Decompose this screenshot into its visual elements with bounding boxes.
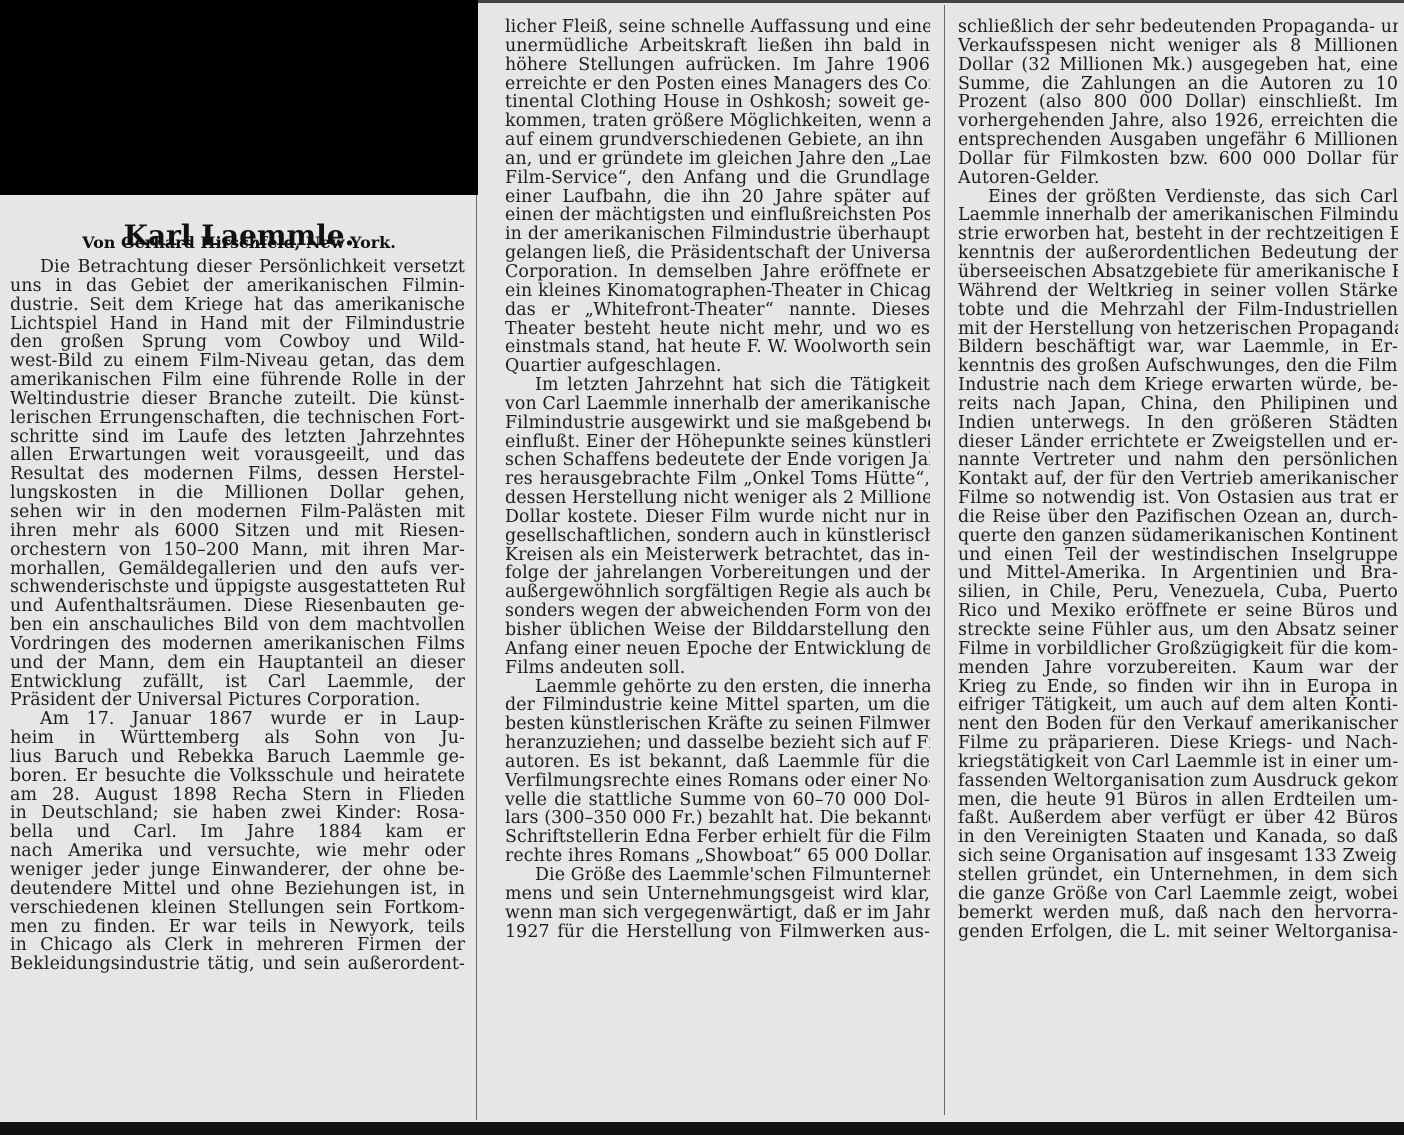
text-line: Verfilmungsrechte eines Romans oder eine… (505, 772, 930, 791)
text-line: eifriger Tätigkeit, um auch auf dem alte… (958, 696, 1398, 715)
text-line: allen Erwartungen weit vorausgeeilt, und… (10, 446, 465, 465)
column-left: Die Betrachtung dieser Persönlichkeit ve… (10, 258, 465, 974)
text-line: in der amerikanischen Filmindustrie über… (505, 225, 930, 244)
text-line: kenntnis der außerordentlichen Bedeutung… (958, 244, 1398, 263)
text-line: bella und Carl. Im Jahre 1884 kam er (10, 823, 465, 842)
text-line: mens und sein Unternehmungsgeist wird kl… (505, 885, 930, 904)
text-line: Die Betrachtung dieser Persönlichkeit ve… (10, 258, 465, 277)
text-line: ein kleines Kinomatographen-Theater in C… (505, 282, 930, 301)
text-line: Autoren-Gelder. (958, 169, 1398, 188)
text-line: und Aufenthaltsräumen. Diese Riesenbaute… (10, 597, 465, 616)
text-line: außergewöhnlich sorgfältigen Regie als a… (505, 583, 930, 602)
text-line: genden Erfolgen, die L. mit seiner Welto… (958, 923, 1398, 942)
text-line: sehen wir in den modernen Film-Palästen … (10, 503, 465, 522)
text-line: in den Vereinigten Staaten und Kanada, s… (958, 828, 1398, 847)
column-divider (944, 5, 945, 1115)
text-line: das er „Whitefront-Theater“ nannte. Dies… (505, 301, 930, 320)
text-line: Filmindustrie ausgewirkt und sie maßgebe… (505, 414, 930, 433)
text-line: Krieg zu Ende, so finden wir ihn in Euro… (958, 678, 1398, 697)
text-line: Schriftstellerin Edna Ferber erhielt für… (505, 828, 930, 847)
text-line: Kontakt auf, der für den Vertrieb amerik… (958, 470, 1398, 489)
text-line: sonders wegen der abweichenden Form von … (505, 602, 930, 621)
text-line: die ganze Größe von Carl Laemmle zeigt, … (958, 885, 1398, 904)
text-line: Dollar (32 Millionen Mk.) ausgegeben hat… (958, 56, 1398, 75)
text-line: gelangen ließ, die Präsidentschaft der U… (505, 244, 930, 263)
text-line: unermüdliche Arbeitskraft ließen ihn bal… (505, 37, 930, 56)
bottom-rule (0, 1122, 1404, 1135)
text-line: tobte und die Mehrzahl der Film-Industri… (958, 301, 1398, 320)
text-line: Bildern beschäftigt war, war Laemmle, in… (958, 338, 1398, 357)
text-line: Weltindustrie dieser Branche zuteilt. Di… (10, 390, 465, 409)
text-line: deutendere Mittel und ohne Beziehungen i… (10, 880, 465, 899)
text-line: Indien unterwegs. In den größeren Städte… (958, 414, 1398, 433)
text-line: Verkaufsspesen nicht weniger als 8 Milli… (958, 37, 1398, 56)
text-line: einflußt. Einer der Höhepunkte seines kü… (505, 433, 930, 452)
text-line: boren. Er besuchte die Volksschule und h… (10, 767, 465, 786)
text-line: besten künstlerischen Kräfte zu seinen F… (505, 715, 930, 734)
text-line: nach Amerika und versuchte, wie mehr ode… (10, 842, 465, 861)
text-line: schritte sind im Laufe des letzten Jahrz… (10, 428, 465, 447)
text-line: Theater besteht heute nicht mehr, und wo… (505, 320, 930, 339)
text-line: Während der Weltkrieg in seiner vollen S… (958, 282, 1398, 301)
text-line: schwenderischste und üppigste ausgestatt… (10, 578, 465, 597)
text-line: res herausgebrachte Film „Onkel Toms Hüt… (505, 470, 930, 489)
text-line: einen der mächtigsten und einflußreichst… (505, 206, 930, 225)
text-line: Präsident der Universal Pictures Corpora… (10, 691, 465, 710)
text-line: fassenden Weltorganisation zum Ausdruck … (958, 772, 1398, 791)
text-line: an, und er gründete im gleichen Jahre de… (505, 150, 930, 169)
text-line: dustrie. Seit dem Kriege hat das amerika… (10, 296, 465, 315)
text-line: men zu finden. Er war teils in Newyork, … (10, 918, 465, 937)
text-line: gesellschaftlichen, sondern auch in küns… (505, 527, 930, 546)
text-line: lars (300–350 000 Fr.) bezahlt hat. Die … (505, 809, 930, 828)
text-line: Industrie nach dem Kriege erwarten würde… (958, 376, 1398, 395)
text-line: Entwicklung zufällt, ist Carl Laemmle, d… (10, 673, 465, 692)
text-line: den großen Sprung vom Cowboy und Wild- (10, 333, 465, 352)
article-byline: Von Gerhard Hirschfeld, New York. (0, 232, 478, 254)
column-divider (476, 195, 477, 1120)
text-line: Rico und Mexiko eröffnete er seine Büros… (958, 602, 1398, 621)
text-line: weniger jeder junge Einwanderer, der ohn… (10, 861, 465, 880)
text-line: 1927 für die Herstellung von Filmwerken … (505, 923, 930, 942)
text-line: Kreisen als ein Meisterwerk betrachtet, … (505, 546, 930, 565)
text-line: Bekleidungsindustrie tätig, und sein auß… (10, 955, 465, 974)
text-line: Quartier aufgeschlagen. (505, 357, 930, 376)
text-line: nent den Boden für den Verkauf amerikani… (958, 715, 1398, 734)
text-line: lungskosten in die Millionen Dollar gehe… (10, 484, 465, 503)
text-line: bemerkt werden muß, daß nach den hervorr… (958, 904, 1398, 923)
text-line: Film-Service“, den Anfang und die Grundl… (505, 169, 930, 188)
text-line: Summe, die Zahlungen an die Autoren zu 1… (958, 75, 1398, 94)
text-line: der Filmindustrie keine Mittel sparten, … (505, 696, 930, 715)
text-line: amerikanischen Film eine führende Rolle … (10, 371, 465, 390)
text-line: faßt. Außerdem aber verfügt er über 42 B… (958, 809, 1398, 828)
scan-black-border (0, 0, 478, 195)
text-line: Films andeuten soll. (505, 659, 930, 678)
text-line: velle die stattliche Summe von 60–70 000… (505, 791, 930, 810)
text-line: wenn man sich vergegenwärtigt, daß er im… (505, 904, 930, 923)
text-line: heim in Württemberg als Sohn von Ju- (10, 729, 465, 748)
text-line: und der Mann, dem ein Hauptanteil an die… (10, 654, 465, 673)
text-line: autoren. Es ist bekannt, daß Laemmle für… (505, 753, 930, 772)
text-line: morhallen, Gemäldegallerien und den aufs… (10, 560, 465, 579)
text-line: strie erworben hat, besteht in der recht… (958, 225, 1398, 244)
text-line: Eines der größten Verdienste, das sich C… (958, 188, 1398, 207)
text-line: rechte ihres Romans „Showboat“ 65 000 Do… (505, 847, 930, 866)
text-line: Dollar kostete. Dieser Film wurde nicht … (505, 508, 930, 527)
text-line: lerischen Errungenschaften, die technisc… (10, 409, 465, 428)
text-line: men, die heute 91 Büros in allen Erdteil… (958, 791, 1398, 810)
top-rule (478, 0, 1404, 3)
text-line: überseeischen Absatzgebiete für amerikan… (958, 263, 1398, 282)
text-line: Filme zu präparieren. Diese Kriegs- und … (958, 734, 1398, 753)
text-line: stellen gründet, ein Unternehmen, in dem… (958, 866, 1398, 885)
text-line: Im letzten Jahrzehnt hat sich die Tätigk… (505, 376, 930, 395)
text-line: und Mittel-Amerika. In Argentinien und B… (958, 564, 1398, 583)
text-line: sich seine Organisation auf insgesamt 13… (958, 847, 1398, 866)
text-line: erreichte er den Posten eines Managers d… (505, 75, 930, 94)
text-line: querte den ganzen südamerikanischen Kont… (958, 527, 1398, 546)
text-line: lius Baruch und Rebekka Baruch Laemmle g… (10, 748, 465, 767)
text-line: in Deutschland; sie haben zwei Kinder: R… (10, 804, 465, 823)
text-line: dessen Herstellung nicht weniger als 2 M… (505, 489, 930, 508)
text-line: heranzuziehen; und dasselbe bezieht sich… (505, 734, 930, 753)
text-line: mit der Herstellung von hetzerischen Pro… (958, 320, 1398, 339)
text-line: folge der jahrelangen Vorbereitungen und… (505, 564, 930, 583)
text-line: Filme in vorbildlicher Großzügigkeit für… (958, 640, 1398, 659)
text-line: am 28. August 1898 Recha Stern in Fliede… (10, 786, 465, 805)
text-line: einer Laufbahn, die ihn 20 Jahre später … (505, 188, 930, 207)
text-line: west-Bild zu einem Film-Niveau getan, da… (10, 352, 465, 371)
text-line: ihren mehr als 6000 Sitzen und mit Riese… (10, 522, 465, 541)
text-line: Resultat des modernen Films, dessen Hers… (10, 465, 465, 484)
text-line: dieser Länder errichtete er Zweigstellen… (958, 433, 1398, 452)
text-line: Laemmle gehörte zu den ersten, die inner… (505, 678, 930, 697)
text-line: schließlich der sehr bedeutenden Propaga… (958, 18, 1398, 37)
text-line: licher Fleiß, seine schnelle Auffassung … (505, 18, 930, 37)
text-line: menden Jahre vorzubereiten. Kaum war der (958, 659, 1398, 678)
text-line: vorhergehenden Jahre, also 1926, erreich… (958, 112, 1398, 131)
text-line: Corporation. In demselben Jahre eröffnet… (505, 263, 930, 282)
text-line: kenntnis des großen Aufschwunges, den di… (958, 357, 1398, 376)
column-right: schließlich der sehr bedeutenden Propaga… (958, 18, 1398, 941)
text-line: nannte Vertreter und nahm den persönlich… (958, 451, 1398, 470)
text-line: Am 17. Januar 1867 wurde er in Laup- (10, 710, 465, 729)
text-line: kriegstätigkeit von Carl Laemmle ist in … (958, 753, 1398, 772)
text-line: Laemmle innerhalb der amerikanischen Fil… (958, 206, 1398, 225)
text-line: einstmals stand, hat heute F. W. Woolwor… (505, 338, 930, 357)
text-line: kommen, traten größere Möglichkeiten, we… (505, 112, 930, 131)
text-line: streckte seine Fühler aus, um den Absatz… (958, 621, 1398, 640)
text-line: auf einem grundverschiedenen Gebiete, an… (505, 131, 930, 150)
text-line: Anfang einer neuen Epoche der Entwicklun… (505, 640, 930, 659)
text-line: höhere Stellungen aufrücken. Im Jahre 19… (505, 56, 930, 75)
text-line: Prozent (also 800 000 Dollar) einschließ… (958, 93, 1398, 112)
text-line: verschiedenen kleinen Stellungen sein Fo… (10, 899, 465, 918)
text-line: Filme so notwendig ist. Von Ostasien aus… (958, 489, 1398, 508)
text-line: orchestern von 150–200 Mann, mit ihren M… (10, 541, 465, 560)
text-line: in Chicago als Clerk in mehreren Firmen … (10, 936, 465, 955)
text-line: Vordringen des modernen amerikanischen F… (10, 635, 465, 654)
text-line: die Reise über den Pazifischen Ozean an,… (958, 508, 1398, 527)
column-middle: licher Fleiß, seine schnelle Auffassung … (505, 18, 930, 941)
text-line: entsprechenden Ausgaben ungefähr 6 Milli… (958, 131, 1398, 150)
text-line: schen Schaffens bedeutete der Ende vorig… (505, 451, 930, 470)
text-line: tinental Clothing House in Oshkosh; sowe… (505, 93, 930, 112)
text-line: Die Größe des Laemmle'schen Filmunterneh… (505, 866, 930, 885)
text-line: ben ein anschauliches Bild von dem macht… (10, 616, 465, 635)
text-line: Dollar für Filmkosten bzw. 600 000 Dolla… (958, 150, 1398, 169)
text-line: Lichtspiel Hand in Hand mit der Filmindu… (10, 315, 465, 334)
text-line: bisher üblichen Weise der Bilddarstellun… (505, 621, 930, 640)
text-line: von Carl Laemmle innerhalb der amerikani… (505, 395, 930, 414)
text-line: uns in das Gebiet der amerikanischen Fil… (10, 277, 465, 296)
text-line: und einen Teil der westindischen Inselgr… (958, 546, 1398, 565)
text-line: reits nach Japan, China, den Philipinen … (958, 395, 1398, 414)
text-line: silien, in Chile, Peru, Venezuela, Cuba,… (958, 583, 1398, 602)
